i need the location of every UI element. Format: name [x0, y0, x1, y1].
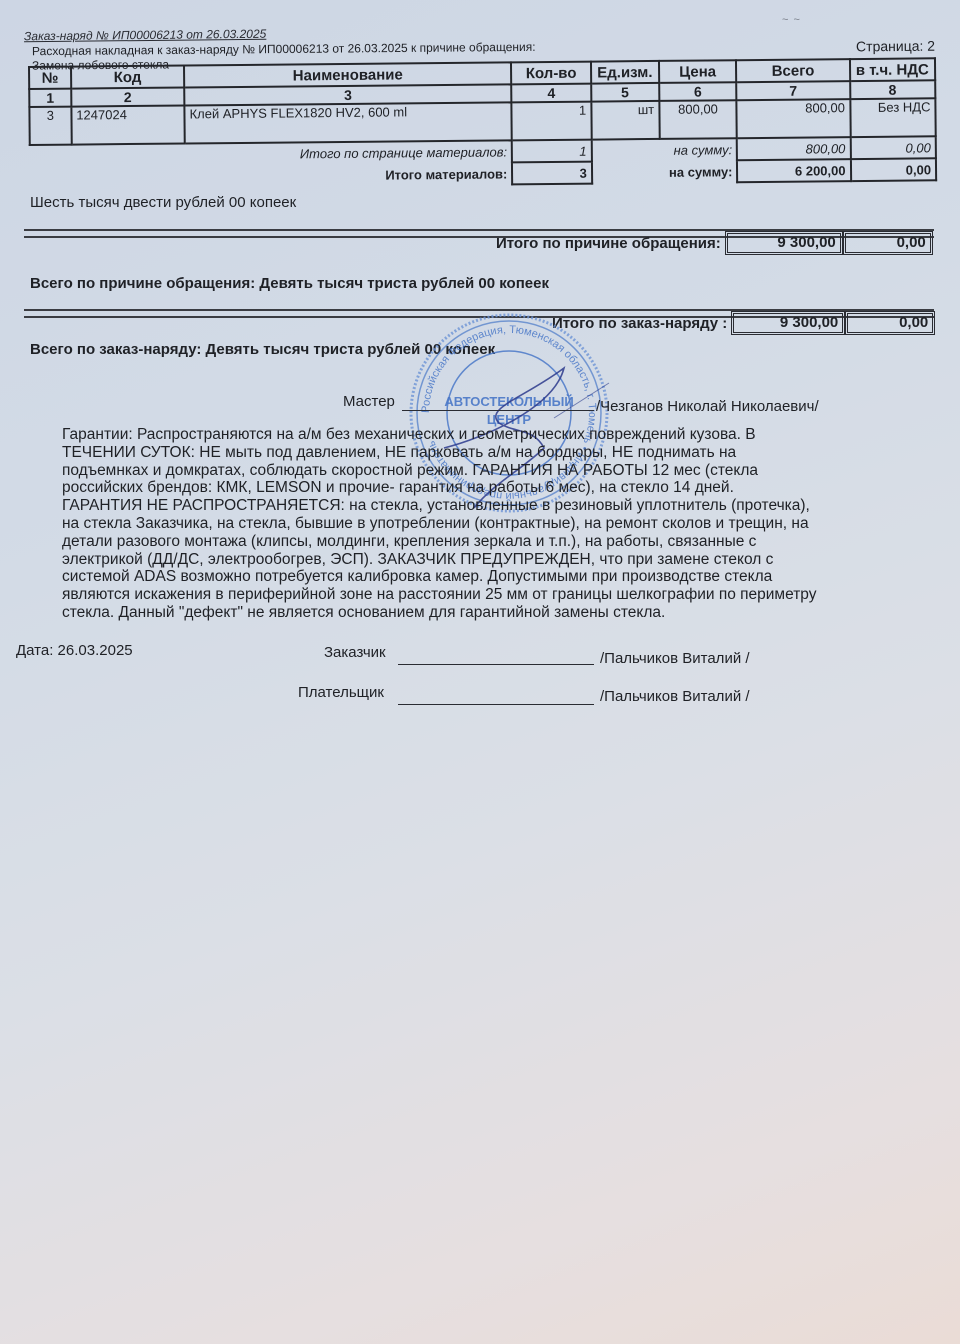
warranty-line: подъемнках и домкратах, соблюдать скорос… — [62, 462, 862, 480]
materials-total-amount: 6 200,00 — [737, 159, 850, 182]
materials-amount-words: Шесть тысяч двести рублей 00 копеек — [30, 194, 296, 211]
materials-total-label: Итого материалов: — [30, 162, 512, 189]
reason-total-vat: 0,00 — [843, 231, 933, 255]
page-total-amount: 800,00 — [737, 137, 850, 160]
item-price: 800,00 — [659, 100, 737, 139]
column-header: Всего — [736, 59, 849, 82]
warranty-line: ГАРАНТИЯ НЕ РАСПРОСТРАНЯЕТСЯ: на стекла,… — [62, 497, 862, 515]
column-number: 1 — [29, 89, 71, 107]
column-header: Код — [71, 66, 184, 89]
master-signature-line — [402, 392, 594, 411]
warranty-line: на стекла Заказчика, на стекла, бывшие в… — [62, 515, 862, 533]
master-name: /Чезганов Николай Николаевич/ — [596, 398, 819, 415]
row-number: 3 — [29, 107, 71, 145]
warranty-line: Гарантии: Распространяются на а/м без ме… — [62, 426, 862, 444]
handwritten-mark: ~ ~ — [782, 14, 801, 26]
customer-label: Заказчик — [324, 644, 386, 661]
warranty-line: электрикой (ДД/ДС, электрообогрев, ЭСП).… — [62, 551, 862, 569]
item-unit: шт — [591, 101, 659, 140]
item-vat: Без НДС — [850, 98, 936, 137]
warranty-line: детали разового монтажа (клипсы, молдинг… — [62, 533, 862, 551]
warranty-line: российских брендов: КМК, LEMSON и прочие… — [62, 479, 862, 497]
document-subtitle: Расходная накладная к заказ-наряду № ИП0… — [32, 40, 536, 58]
item-qty: 1 — [512, 102, 592, 141]
materials-total-qty: 3 — [512, 162, 592, 185]
column-number: 8 — [850, 80, 936, 99]
column-number: 4 — [511, 84, 591, 103]
column-number: 5 — [591, 83, 659, 102]
materials-total-sum-label: на сумму: — [592, 160, 738, 183]
page-total-vat: 0,00 — [850, 136, 936, 159]
item-code: 1247024 — [71, 105, 185, 144]
column-header: в т.ч. НДС — [850, 58, 936, 81]
column-number: 7 — [737, 81, 850, 100]
column-header: Цена — [659, 60, 737, 83]
item-total: 800,00 — [737, 99, 851, 138]
reason-total: Итого по причине обращения: 9 300,00 0,0… — [496, 231, 933, 255]
master-label: Мастер — [343, 393, 395, 410]
order-total-vat: 0,00 — [845, 311, 935, 335]
order-total-amount: 9 300,00 — [731, 311, 845, 335]
payer-label: Плательщик — [298, 684, 384, 701]
column-header: Кол-во — [511, 62, 591, 85]
warranty-terms: Гарантии: Распространяются на а/м без ме… — [62, 426, 862, 622]
customer-signature-line — [398, 646, 594, 665]
warranty-line: ТЕЧЕНИИ СУТОК: НЕ мыть под давлением, НЕ… — [62, 444, 862, 462]
reason-amount-words: Всего по причине обращения: Девять тысяч… — [30, 275, 549, 292]
document-title: Заказ-наряд № ИП00006213 от 26.03.2025 — [24, 27, 266, 44]
item-name: Клей APHYS FLEX1820 HV2, 600 ml — [184, 102, 512, 143]
page-total-sum-label: на сумму: — [592, 138, 738, 161]
column-header: № — [29, 67, 71, 89]
warranty-line: системой ADAS возможно потребуется калиб… — [62, 568, 862, 586]
reason-total-amount: 9 300,00 — [725, 231, 843, 255]
page-total-qty: 1 — [512, 140, 592, 163]
column-number: 2 — [71, 88, 184, 107]
document-page: Заказ-наряд № ИП00006213 от 26.03.2025 ~… — [0, 0, 960, 1344]
reason-total-label: Итого по причине обращения: — [496, 235, 721, 252]
document-date: Дата: 26.03.2025 — [16, 642, 133, 659]
warranty-line: стекла. Данный "дефект" не является осно… — [62, 604, 862, 622]
column-header: Ед.изм. — [591, 61, 659, 84]
column-number: 6 — [659, 82, 737, 101]
page-number: Страница: 2 — [856, 38, 935, 55]
payer-signature-line — [398, 686, 594, 705]
column-header: Наименование — [184, 62, 511, 87]
materials-total-vat: 0,00 — [850, 158, 936, 181]
materials-table: № Код Наименование Кол-во Ед.изм. Цена В… — [28, 57, 937, 190]
warranty-line: являются искажения в периферийной зоне н… — [62, 586, 862, 604]
customer-name: /Пальчиков Виталий / — [600, 650, 750, 667]
payer-name: /Пальчиков Виталий / — [600, 688, 750, 705]
